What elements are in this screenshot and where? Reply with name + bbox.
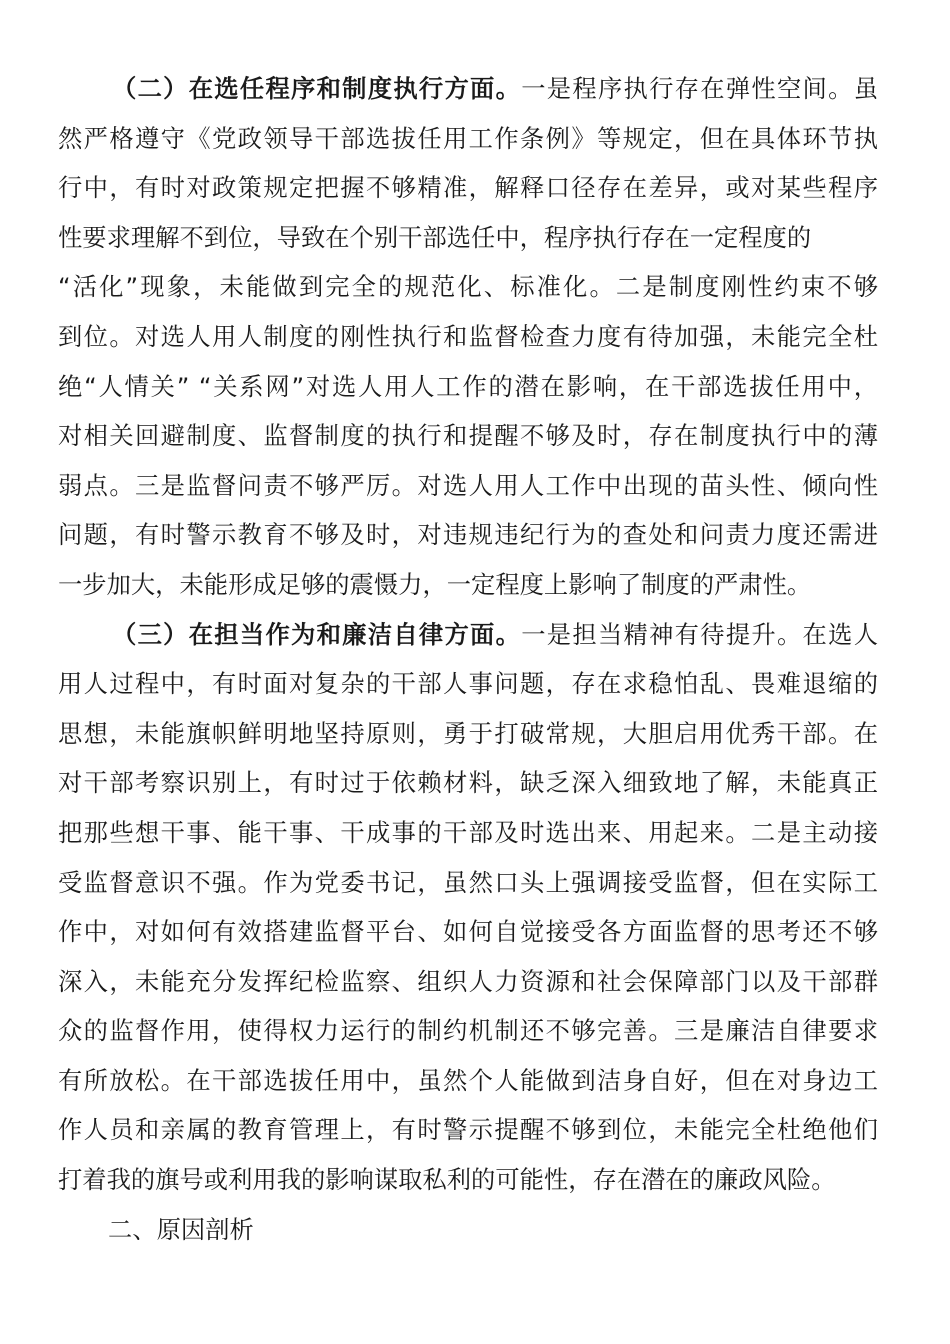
paragraph-line: 绝“人情关” “关系网”对选人用人工作的潜在影响，在干部选拔任用中， bbox=[58, 362, 878, 412]
paragraph-line: 对干部考察识别上，有时过于依赖材料，缺乏深入细致地了解，未能真正 bbox=[58, 758, 878, 808]
paragraph-line: 有所放松。在干部选拔任用中，虽然个人能做到洁身自好，但在对身边工 bbox=[58, 1056, 878, 1106]
paragraph-line: 把那些想干事、能干事、干成事的干部及时选出来、用起来。二是主动接 bbox=[58, 808, 878, 858]
paragraph-line: “活化”现象，未能做到完全的规范化、标准化。二是制度刚性约束不够 bbox=[58, 262, 878, 312]
paragraph-line: 作中，对如何有效搭建监督平台、如何自觉接受各方面监督的思考还不够 bbox=[58, 907, 878, 957]
paragraph-line: 到位。对选人用人制度的刚性执行和监督检查力度有待加强，未能完全杜 bbox=[58, 312, 878, 362]
paragraph-line: 作人员和亲属的教育管理上，有时警示提醒不够到位，未能完全杜绝他们 bbox=[58, 1105, 878, 1155]
paragraph-line: 对相关回避制度、监督制度的执行和提醒不够及时，存在制度执行中的薄 bbox=[58, 411, 878, 461]
paragraph-line: 打着我的旗号或利用我的影响谋取私利的可能性，存在潜在的廉政风险。 bbox=[58, 1155, 878, 1205]
section-3-first-line: （三）在担当作为和廉洁自律方面。一是担当精神有待提升。在选人 bbox=[58, 610, 878, 660]
paragraph-line: 深入，未能充分发挥纪检监察、组织人力资源和社会保障部门以及干部群 bbox=[58, 957, 878, 1007]
section-2-heading: （二）在选任程序和制度执行方面。 bbox=[112, 74, 521, 103]
section-2-text: 一是程序执行存在弹性空间。虽 bbox=[521, 74, 878, 103]
paragraph-line: 性要求理解不到位，导致在个别干部选任中，程序执行存在一定程度的 bbox=[58, 213, 878, 263]
section-2-first-line: （二）在选任程序和制度执行方面。一是程序执行存在弹性空间。虽 bbox=[58, 64, 878, 114]
section-heading-cause-analysis: 二、原因剖析 bbox=[58, 1205, 878, 1255]
paragraph-line: 问题，有时警示教育不够及时，对违规违纪行为的查处和问责力度还需进 bbox=[58, 510, 878, 560]
section-3-text: 一是担当精神有待提升。在选人 bbox=[521, 620, 878, 649]
paragraph-line: 然严格遵守《党政领导干部选拔任用工作条例》等规定，但在具体环节执 bbox=[58, 114, 878, 164]
paragraph-line: 行中，有时对政策规定把握不够精准，解释口径存在差异，或对某些程序 bbox=[58, 163, 878, 213]
paragraph-line: 一步加大，未能形成足够的震慑力，一定程度上影响了制度的严肃性。 bbox=[58, 560, 878, 610]
document-page: （二）在选任程序和制度执行方面。一是程序执行存在弹性空间。虽 然严格遵守《党政领… bbox=[58, 64, 878, 1254]
section-3-heading: （三）在担当作为和廉洁自律方面。 bbox=[112, 620, 521, 649]
paragraph-line: 受监督意识不强。作为党委书记，虽然口头上强调接受监督，但在实际工 bbox=[58, 858, 878, 908]
paragraph-line: 众的监督作用，使得权力运行的制约机制还不够完善。三是廉洁自律要求 bbox=[58, 1006, 878, 1056]
paragraph-line: 用人过程中，有时面对复杂的干部人事问题，存在求稳怕乱、畏难退缩的 bbox=[58, 659, 878, 709]
paragraph-line: 弱点。三是监督问责不够严厉。对选人用人工作中出现的苗头性、倾向性 bbox=[58, 461, 878, 511]
paragraph-line: 思想，未能旗帜鲜明地坚持原则，勇于打破常规，大胆启用优秀干部。在 bbox=[58, 709, 878, 759]
